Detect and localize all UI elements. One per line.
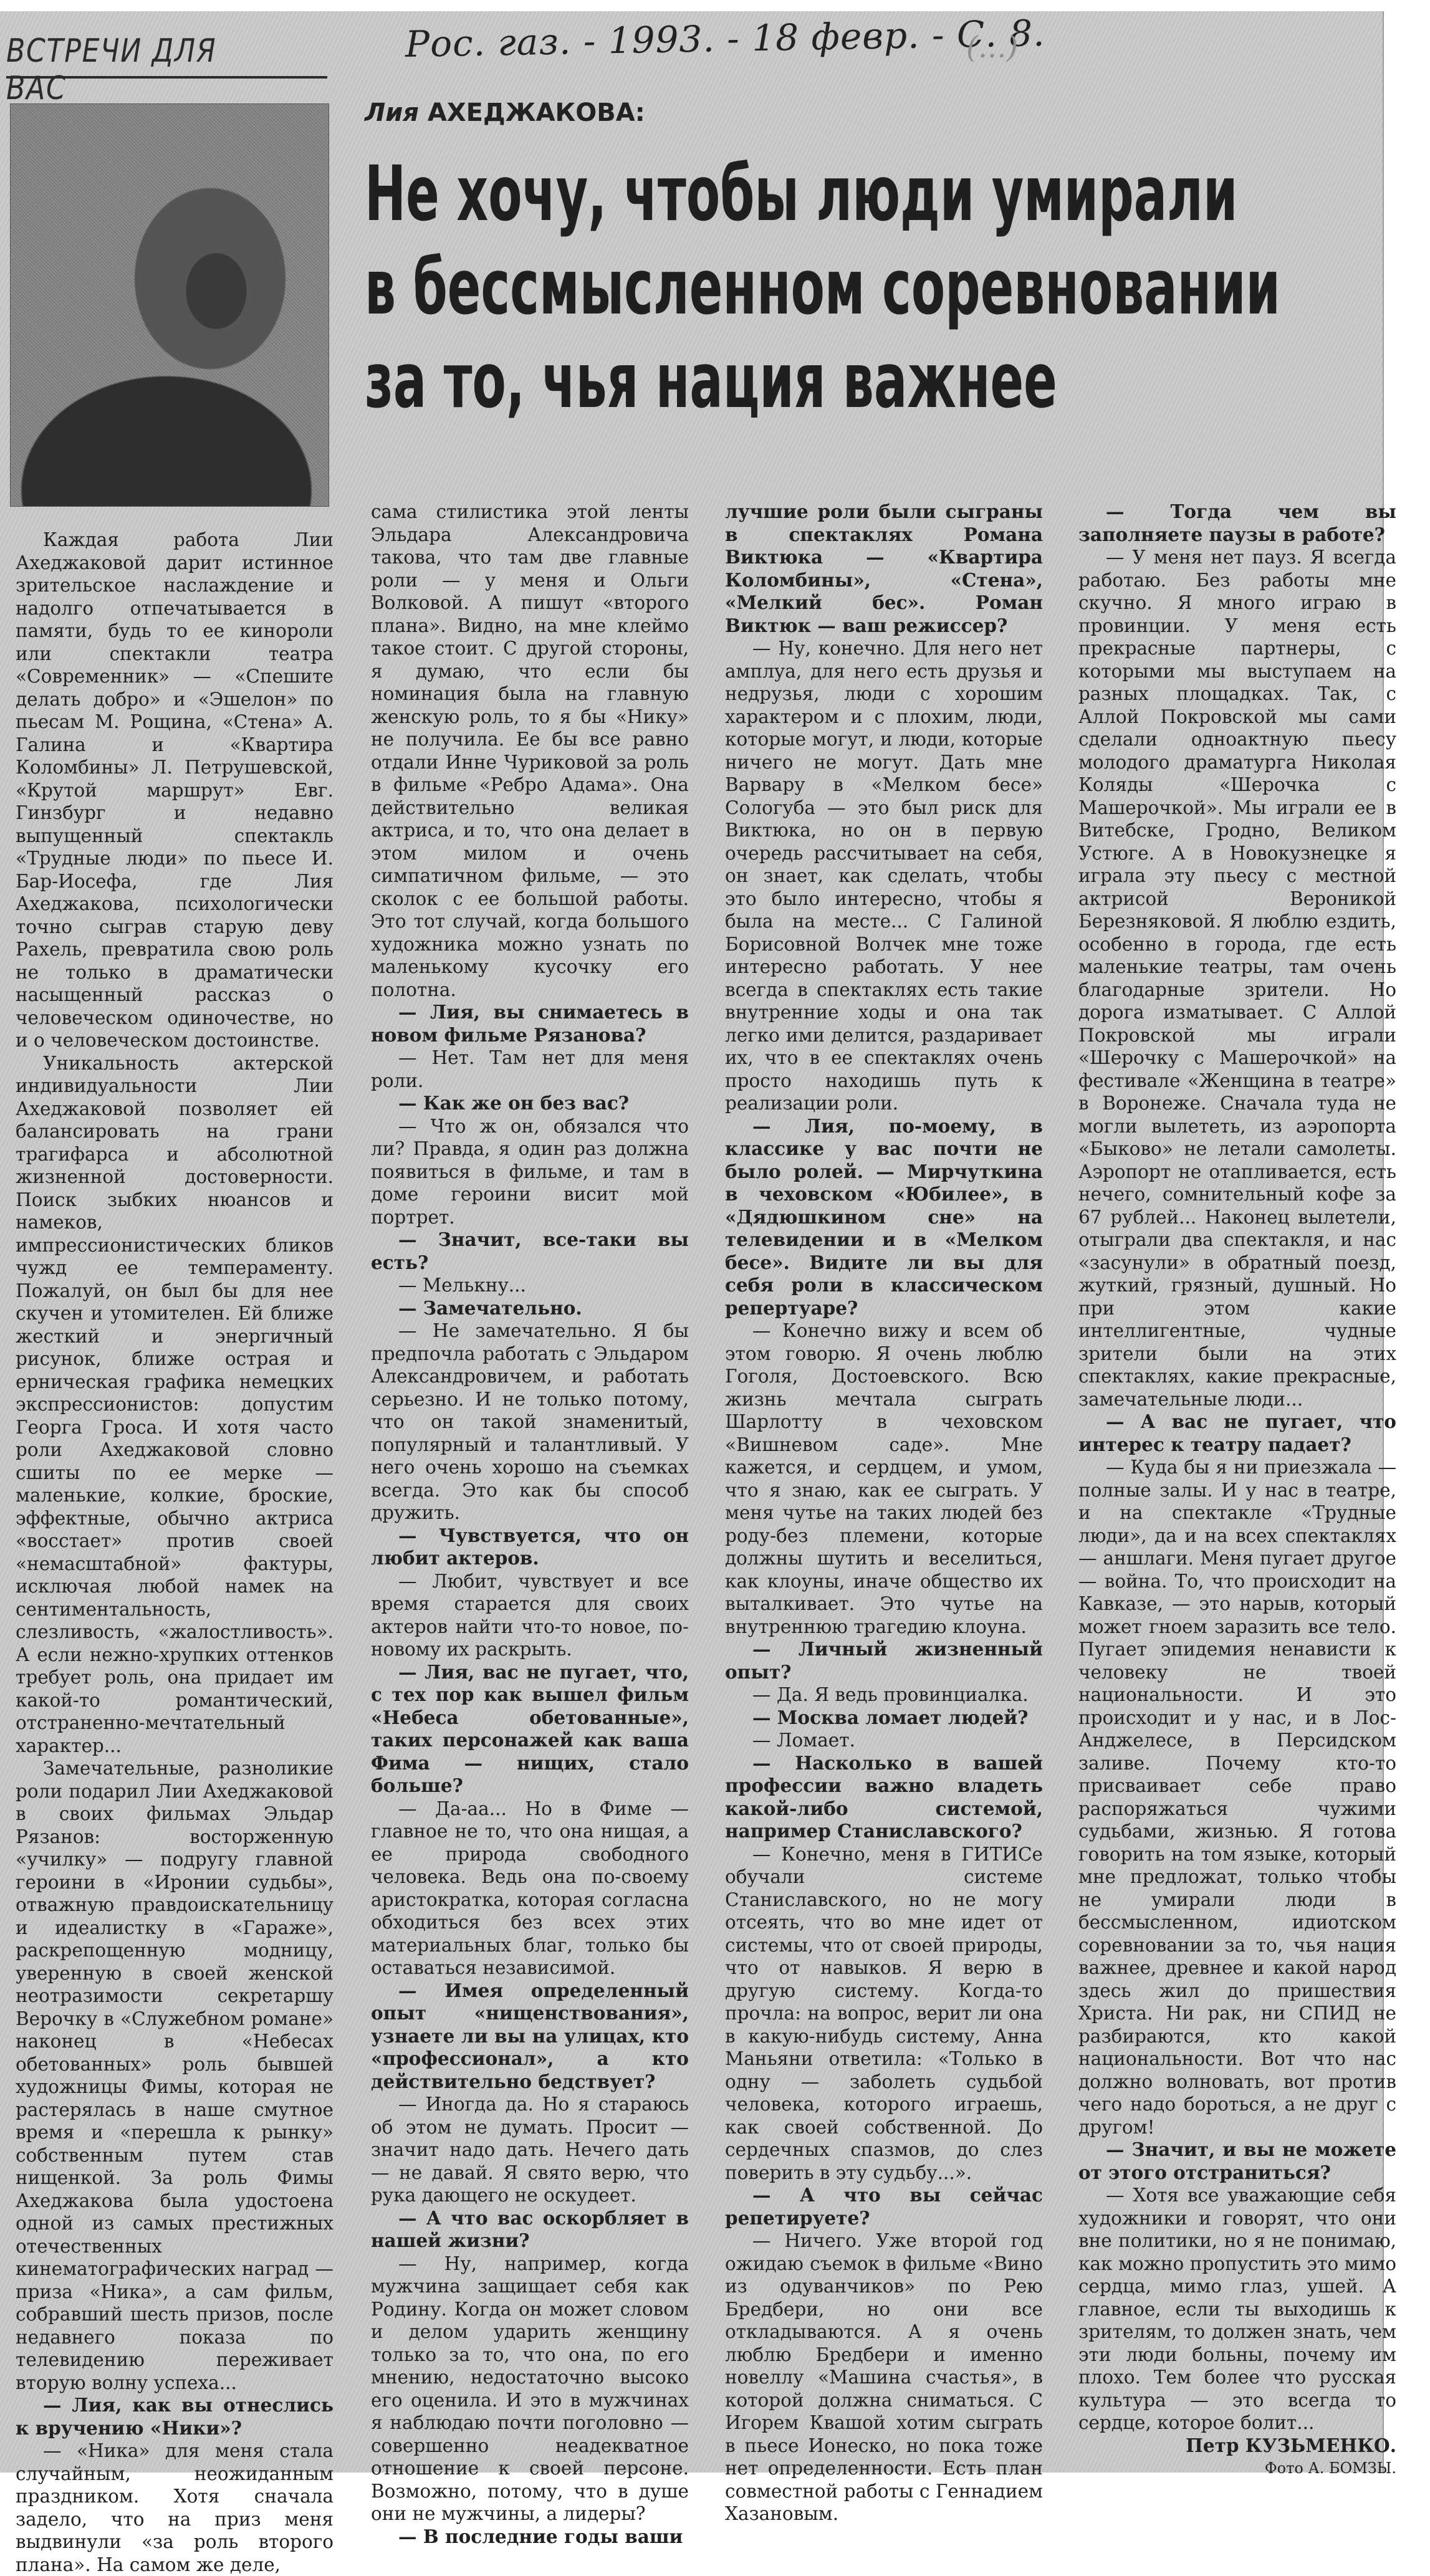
interview-question: — Лия, вас не пугает, что, с тех пор как… (371, 1661, 689, 1798)
interview-question: — Как же он без вас? (371, 1092, 689, 1115)
article-kicker: Лия АХЕДЖАКОВА: (365, 98, 645, 127)
article-paragraph: — Что ж он, обязался что ли? Правда, я о… (371, 1115, 689, 1229)
kicker-first-name: Лия (365, 98, 419, 127)
article-paragraph: — Мелькну... (371, 1274, 689, 1297)
article-paragraph: — Да. Я ведь провинциалка. (725, 1683, 1043, 1707)
interview-question: — Значит, и вы не можете от этого отстра… (1078, 2138, 1396, 2184)
interview-question: — Значит, все-таки вы есть? (371, 1228, 689, 1274)
newspaper-clipping: ВСТРЕЧИ ДЛЯ ВАС Рос. газ. - 1993. - 18 ф… (0, 11, 1384, 2473)
interview-question: — Личный жизненный опыт? (725, 1638, 1043, 1683)
article-paragraph: — Ничего. Уже второй год ожидаю съемок в… (725, 2229, 1043, 2473)
interview-question: — Лия, по-моему, в классике у вас почти … (725, 1115, 1043, 1320)
interview-question: — А вас не пугает, что интерес к театру … (1078, 1410, 1396, 1456)
interview-question: — Замечательно. (371, 1297, 689, 1320)
article-paragraph: — Нет. Там нет для меня роли. (371, 1046, 689, 1092)
article-paragraph: Каждая работа Лии Ахеджаковой дарит исти… (16, 529, 334, 1052)
interview-question: — А что вас оскорбляет в нашей жизни? (371, 2207, 689, 2253)
article-column-3: лучшие роли были сыграны в спектаклях Ро… (725, 500, 1043, 2473)
photo-credit: Фото А. БОМЗЫ. (1078, 2457, 1396, 2473)
interview-question: — Имея определенный опыт «нищенствования… (371, 1980, 689, 2094)
article-paragraph: — Любит, чувствует и все время старается… (371, 1570, 689, 1661)
headline-line: в бессмысленном соревновании (365, 241, 1065, 334)
article-paragraph: — Ломает. (725, 1729, 1043, 1752)
interview-question: — Лия, вы снимаетесь в новом фильме Ряза… (371, 1001, 689, 1046)
article-paragraph: — Ну, конечно. Для него нет амплуа, для … (725, 637, 1043, 1115)
author-byline: Петр КУЗЬМЕНКО. (1078, 2435, 1396, 2458)
kicker-last-name: АХЕДЖАКОВА: (428, 98, 645, 127)
article-paragraph: — Конечно вижу и всем об этом говорю. Я … (725, 1319, 1043, 1638)
interview-question: лучшие роли были сыграны в спектаклях Ро… (725, 500, 1043, 637)
article-paragraph: — Хотя все уважающие себя художники и го… (1078, 2184, 1396, 2435)
article-paragraph: — Куда бы я ни приезжала — полные залы. … (1078, 1456, 1396, 2138)
article-column-4: — Тогда чем вы заполняете паузы в работе… (1078, 500, 1396, 2473)
interview-question: — Москва ломает людей? (725, 1707, 1043, 1730)
article-paragraph: — Да-аа... Но в Фиме — главное не то, чт… (371, 1798, 689, 1980)
headline-line: Не хочу, чтобы люди умирали (365, 147, 1065, 241)
interview-question: — А что вы сейчас репетируете? (725, 2184, 1043, 2229)
interview-question: — Лия, как вы отнеслись к вручению «Ники… (16, 2394, 334, 2440)
article-paragraph: — Конечно, меня в ГИТИСе обучали системе… (725, 1843, 1043, 2185)
interview-question: — Тогда чем вы заполняете паузы в работе… (1078, 500, 1396, 546)
article-paragraph: Замечательные, разноликие роли подарил Л… (16, 1757, 334, 2394)
pencil-note: (...) (966, 30, 1018, 65)
article-paragraph: — Не замечательно. Я бы предпочла работа… (371, 1319, 689, 1525)
article-paragraph: — Ну, например, когда мужчина защищает с… (371, 2253, 689, 2473)
handwritten-source-note: Рос. газ. - 1993. - 18 февр. - С. 8. (405, 12, 1045, 65)
article-column-1: Каждая работа Лии Ахеджаковой дарит исти… (16, 529, 334, 2473)
article-headline: Не хочу, чтобы люди умирали в бессмыслен… (365, 147, 1065, 428)
article-paragraph: сама стилистика этой ленты Эльдара Алекс… (371, 500, 689, 1001)
article-column-2: сама стилистика этой ленты Эльдара Алекс… (371, 500, 689, 2473)
section-rubric: ВСТРЕЧИ ДЛЯ ВАС (6, 32, 279, 107)
article-paragraph: — «Ника» для меня стала случайным, неожи… (16, 2440, 334, 2473)
interview-question: — Чувствуется, что он любит актеров. (371, 1525, 689, 1570)
interview-question: — Насколько в вашей профессии важно влад… (725, 1752, 1043, 1843)
article-paragraph: Уникальность актерской индивидуальности … (16, 1052, 334, 1758)
article-paragraph: — Иногда да. Но я стараюсь об этом не ду… (371, 2093, 689, 2207)
portrait-photo (10, 103, 329, 507)
headline-line: за то, чья нация важнее (365, 334, 1065, 428)
rubric-underline (6, 76, 327, 79)
article-paragraph: — У меня нет пауз. Я всегда работаю. Без… (1078, 546, 1396, 1410)
